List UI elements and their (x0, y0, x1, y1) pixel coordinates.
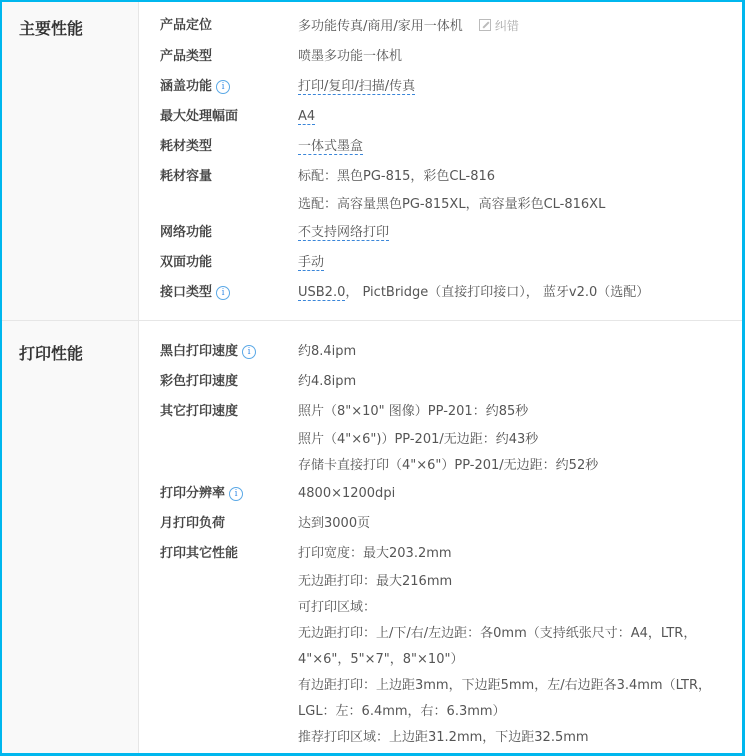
spec-value: 有边距打印：上边距3mm，下边距5mm，左/右边距各3.4mm（LTR， (298, 673, 734, 699)
spec-value: 多功能传真/商用/家用一体机 (298, 19, 463, 34)
spec-row-max-paper-size: 最大处理幅面 A4 (160, 102, 742, 132)
spec-label: 最大处理幅面 (160, 102, 298, 132)
spec-label: 月打印负荷 (160, 509, 298, 539)
spec-table: 主要性能 产品定位 多功能传真/商用/家用一体机 纠错 产品类型 喷墨多功能一体… (0, 0, 745, 756)
info-icon[interactable]: i (216, 80, 230, 94)
spec-value-link[interactable]: A4 (298, 109, 315, 125)
spec-row-color-speed: 彩色打印速度 约4.8ipm (160, 367, 742, 397)
section-main-performance: 主要性能 产品定位 多功能传真/商用/家用一体机 纠错 产品类型 喷墨多功能一体… (2, 2, 742, 321)
info-icon[interactable]: i (229, 487, 243, 501)
spec-label: 产品类型 (160, 42, 298, 72)
spec-row-interface: 接口类型i USB2.0， PictBridge（直接打印接口）， 蓝牙v2.0… (160, 278, 742, 308)
spec-label: 打印其它性能 (160, 539, 298, 569)
spec-label: 产品定位 (160, 11, 298, 41)
spec-label: 耗材类型 (160, 132, 298, 162)
correction-button[interactable]: 纠错 (479, 19, 519, 33)
spec-row-product-type: 产品类型 喷墨多功能一体机 (160, 42, 742, 72)
spec-value: 推荐打印区域：上边距31.2mm，下边距32.5mm (298, 725, 734, 751)
spec-label: 黑白打印速度 (160, 337, 238, 367)
spec-row-monthly-duty: 月打印负荷 达到3000页 (160, 509, 742, 539)
spec-label: 打印分辨率 (160, 479, 225, 509)
section-title: 打印性能 (2, 321, 139, 756)
spec-row-network: 网络功能 不支持网络打印 (160, 218, 742, 248)
spec-row-functions: 涵盖功能i 打印/复印/扫描/传真 (160, 72, 742, 102)
spec-label: 网络功能 (160, 218, 298, 248)
spec-value: 无边距打印：上/下/右/左边距：各0mm（支持纸张尺寸：A4，LTR， (298, 621, 734, 647)
spec-value-link[interactable]: USB2.0 (298, 285, 345, 301)
spec-value: 约4.8ipm (298, 367, 734, 397)
spec-value: 达到3000页 (298, 509, 734, 539)
spec-label: 双面功能 (160, 248, 298, 278)
spec-value: 照片（8"×10" 图像）PP-201：约85秒 (298, 397, 734, 427)
spec-label: 耗材容量 (160, 162, 298, 192)
spec-row-resolution: 打印分辨率i 4800×1200dpi (160, 479, 742, 509)
spec-value: ， PictBridge（直接打印接口）， 蓝牙v2.0（选配） (345, 285, 649, 300)
spec-label: 涵盖功能 (160, 72, 212, 102)
spec-value: 可打印区域： (298, 595, 734, 621)
spec-value: 打印宽度：最大203.2mm (298, 539, 734, 569)
spec-row-duplex: 双面功能 手动 (160, 248, 742, 278)
spec-row-other-speed: 其它打印速度 照片（8"×10" 图像）PP-201：约85秒 照片（4"×6"… (160, 397, 742, 479)
spec-row-product-positioning: 产品定位 多功能传真/商用/家用一体机 纠错 (160, 11, 742, 42)
spec-row-consumable-type: 耗材类型 一体式墨盒 (160, 132, 742, 162)
spec-value-link[interactable]: 手动 (298, 255, 324, 271)
spec-value: 存储卡直接打印（4"×6"）PP-201/无边距：约52秒 (298, 453, 734, 479)
spec-value: 4"×6"，5"×7"，8"×10"） (298, 647, 734, 673)
edit-icon (479, 19, 491, 31)
spec-value-link[interactable]: 打印/复印/扫描/传真 (298, 79, 415, 95)
section-print-performance: 打印性能 黑白打印速度i 约8.4ipm 彩色打印速度 约4.8ipm 其它打印… (2, 321, 742, 756)
section-title: 主要性能 (2, 2, 139, 320)
info-icon[interactable]: i (216, 286, 230, 300)
spec-value: 4800×1200dpi (298, 479, 734, 509)
spec-value-link[interactable]: 一体式墨盒 (298, 139, 363, 155)
spec-value: LGL：左：6.4mm，右：6.3mm） (298, 699, 734, 725)
spec-row-other-print: 打印其它性能 打印宽度：最大203.2mm 无边距打印：最大216mm 可打印区… (160, 539, 742, 751)
spec-value: 标配：黑色PG-815，彩色CL-816 (298, 162, 734, 192)
spec-label: 其它打印速度 (160, 397, 298, 427)
spec-value: 无边距打印：最大216mm (298, 569, 734, 595)
info-icon[interactable]: i (242, 345, 256, 359)
spec-label: 接口类型 (160, 278, 212, 308)
spec-row-mono-speed: 黑白打印速度i 约8.4ipm (160, 337, 742, 367)
spec-value-link[interactable]: 不支持网络打印 (298, 225, 389, 241)
spec-value: 选配：高容量黑色PG-815XL，高容量彩色CL-816XL (298, 192, 734, 218)
spec-row-consumable-capacity: 耗材容量 标配：黑色PG-815，彩色CL-816 选配：高容量黑色PG-815… (160, 162, 742, 218)
spec-value: 喷墨多功能一体机 (298, 49, 402, 64)
spec-value: 约8.4ipm (298, 337, 734, 367)
spec-label: 彩色打印速度 (160, 367, 298, 397)
spec-value: 照片（4"×6")）PP-201/无边距：约43秒 (298, 427, 734, 453)
